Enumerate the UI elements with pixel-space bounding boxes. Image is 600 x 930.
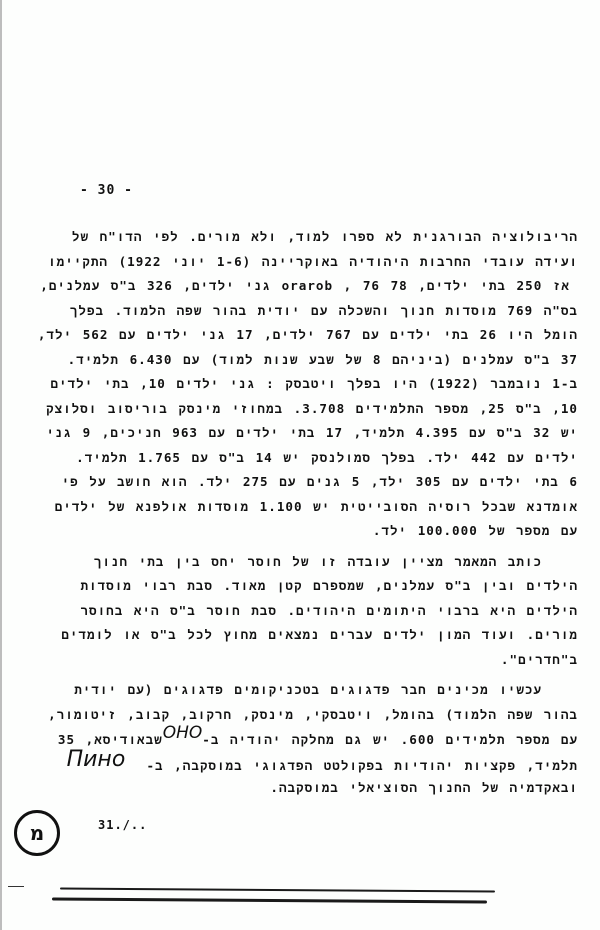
typed-text: תלמיד, פקציות יהודיות בפקולטט הפדגוגי במ… bbox=[146, 758, 578, 773]
typed-line: עכשיו מכינים חבר פדגוגים בטכניקומים פדגו… bbox=[60, 678, 578, 703]
typed-line: אז 250 בתי ילדים, 78 orarob , 76 גני ילד… bbox=[60, 274, 578, 299]
document-body: הריבולוציה הבורגנית לא ספרו למוד, ולא מו… bbox=[60, 225, 578, 801]
handwritten-annotation: Пино bbox=[67, 748, 126, 773]
typed-line-last: ובאקדמיה של החנוך הסוציאלי במוסקבה. bbox=[60, 776, 578, 801]
typed-line: הריבולוציה הבורגנית לא ספרו למוד, ולא מו… bbox=[60, 225, 578, 250]
typed-line: הילדים היא ברבוי היתומים היהודים. סבת חו… bbox=[60, 599, 578, 624]
typed-line: בהור שפה הלמוד) בהומל, ויטבסקי, מינסק, ח… bbox=[60, 703, 578, 728]
typed-line-handwritten-oho: עם מספר תלמידים 600. יש גם מחלקה יהודיה … bbox=[60, 727, 578, 752]
archive-stamp: מ bbox=[14, 810, 60, 856]
typed-text: שבאודיסא, 35 bbox=[58, 732, 163, 747]
footer-rule-bottom bbox=[52, 897, 487, 903]
typed-line: עם מספר של 100.000 ילד. bbox=[60, 519, 578, 544]
typed-line: ועידה עובדי החרבות היהודיה באוקריינה (1-… bbox=[60, 250, 578, 275]
footer-rule-top bbox=[60, 887, 495, 892]
typed-line: יש 32 ב"ס עם 4.395 תלמיד, 17 בתי ילדים ע… bbox=[60, 421, 578, 446]
scan-left-edge bbox=[0, 0, 2, 930]
stamp-letter: מ bbox=[30, 821, 44, 845]
typed-lines: הריבולוציה הבורגנית לא ספרו למוד, ולא מו… bbox=[60, 225, 578, 727]
scan-mark bbox=[8, 886, 24, 887]
handwritten-annotation: ОНО bbox=[163, 721, 203, 746]
page-number: - 30 - bbox=[80, 183, 133, 198]
typed-line: ב-1 נובמבר (1922) היו בפלך ויטבסק : גני … bbox=[60, 372, 578, 397]
typed-line: 10, ב"ס 25, מספר התלמידים 3.708. במחוזי … bbox=[60, 397, 578, 422]
typed-line-handwritten-pino: תלמיד, פקציות יהודיות בפקולטט הפדגוגי במ… bbox=[60, 752, 578, 777]
typed-line: 37 ב"ס עמלנים (ביניהם 8 של שבע שנות למוד… bbox=[60, 348, 578, 373]
typed-line: 6 בתי ילדים עם 305 ילד, 5 גנים עם 275 יל… bbox=[60, 470, 578, 495]
typed-line: מורים. ועוד המון ילדים עברים נמצאים מחוץ… bbox=[60, 623, 578, 648]
typed-line: הילדים ובין ב"ס עמלנים, שמספרם קטן מאוד.… bbox=[60, 574, 578, 599]
typed-line: הומל היו 26 בתי ילדים עם 767 ילדים, 17 ג… bbox=[60, 323, 578, 348]
typed-line: בס"ה 769 מוסדות חנוך והשכלה עם יודית בהו… bbox=[60, 299, 578, 324]
typed-text: עם מספר תלמידים 600. יש גם מחלקה יהודיה … bbox=[202, 732, 578, 747]
typed-line: אומדנא שבכל רוסיה הסובייטית יש 1.100 מוס… bbox=[60, 495, 578, 520]
typed-line: ב"חדרים". bbox=[60, 648, 578, 673]
typed-line: ילדים עם 442 ילד. בפלך סמולנסק יש 14 ב"ס… bbox=[60, 446, 578, 471]
typed-line: כותב המאמר מציין עובדה זו של חוסר יחס בי… bbox=[60, 550, 578, 575]
continuation-marker: 31./.. bbox=[98, 818, 147, 832]
